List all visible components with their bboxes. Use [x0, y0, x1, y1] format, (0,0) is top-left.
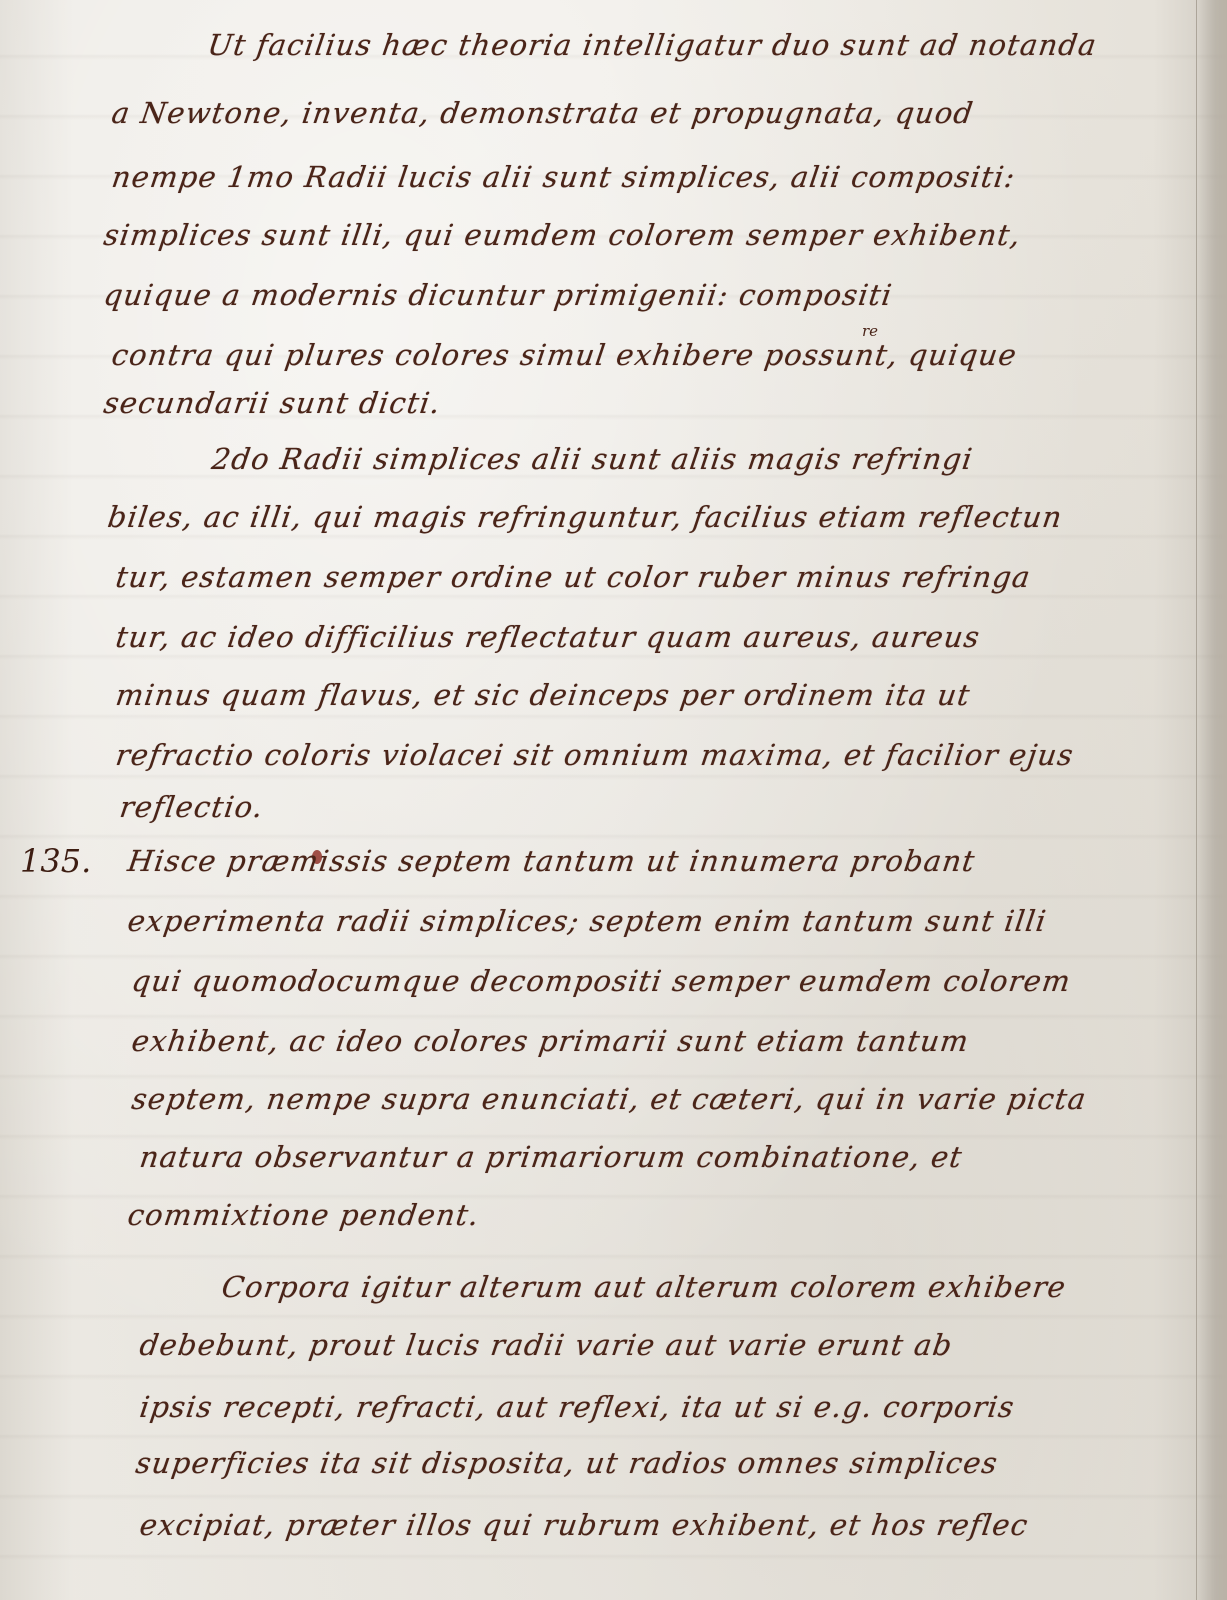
manuscript-line-16: experimenta radii simplices; septem enim… — [126, 904, 1049, 938]
manuscript-line-14: reflectio. — [118, 790, 266, 824]
manuscript-page: Ut facilius hæc theoria intelligatur duo… — [0, 0, 1227, 1600]
manuscript-line-18: exhibent, ac ideo colores primarii sunt … — [130, 1024, 972, 1058]
manuscript-line-25: superficies ita sit disposita, ut radios… — [134, 1446, 1001, 1480]
manuscript-line-17: qui quomodocumque decompositi semper eum… — [130, 964, 1074, 998]
manuscript-line-3: nempe 1mo Radii lucis alii sunt simplice… — [110, 160, 1018, 194]
manuscript-line-24: ipsis recepti, refracti, aut reflexi, it… — [138, 1390, 1017, 1424]
manuscript-line-1: Ut facilius hæc theoria intelligatur duo… — [206, 28, 1100, 62]
manuscript-line-4: simplices sunt illi, qui eumdem colorem … — [102, 218, 1024, 252]
manuscript-line-5: quique a modernis dicuntur primigenii: c… — [102, 278, 895, 312]
manuscript-line-21: commixtione pendent. — [126, 1198, 482, 1232]
manuscript-line-13: refractio coloris violacei sit omnium ma… — [114, 738, 1077, 772]
page-edge — [1196, 0, 1227, 1600]
manuscript-line-20: natura observantur a primariorum combina… — [138, 1140, 965, 1174]
manuscript-line-8: 2do Radii simplices alii sunt aliis magi… — [210, 442, 976, 476]
manuscript-line-10: tur, estamen semper ordine ut color rube… — [114, 560, 1034, 594]
paragraph-number: 135. — [20, 842, 91, 880]
manuscript-line-7: secundarii sunt dicti. — [102, 386, 444, 420]
manuscript-line-12: minus quam flavus, et sic deinceps per o… — [114, 678, 973, 712]
manuscript-line-9: biles, ac illi, qui magis refringuntur, … — [106, 500, 1065, 534]
manuscript-line-15: Hisce præmissis septem tantum ut innumer… — [126, 844, 978, 878]
manuscript-line-22: Corpora igitur alterum aut alterum color… — [220, 1270, 1069, 1304]
manuscript-line-2: a Newtone, inventa, demonstrata et propu… — [110, 96, 976, 130]
manuscript-line-26: excipiat, præter illos qui rubrum exhibe… — [138, 1508, 1031, 1542]
manuscript-line-6: contra qui plures colores simul exhibere… — [110, 338, 1020, 372]
manuscript-line-23: debebunt, prout lucis radii varie aut va… — [138, 1328, 955, 1362]
manuscript-line-19: septem, nempe supra enunciati, et cæteri… — [130, 1082, 1089, 1116]
manuscript-line-11: tur, ac ideo difficilius reflectatur qua… — [114, 620, 983, 654]
